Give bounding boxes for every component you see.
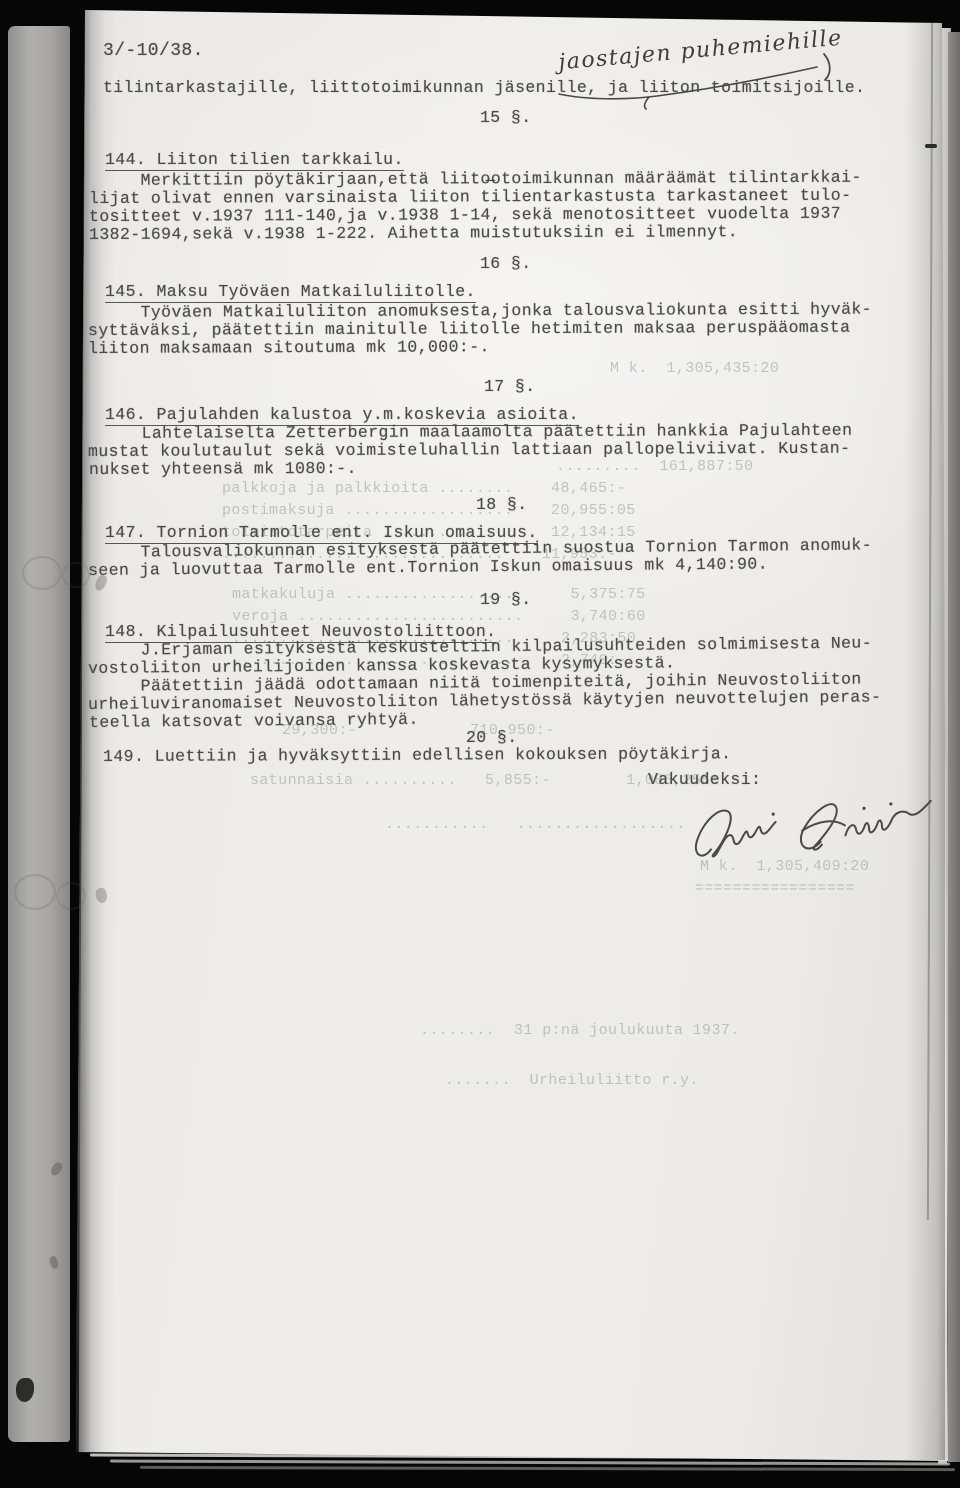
- body-line: 1382-1694,sekä v.1938 1-222. Aihetta mui…: [89, 222, 738, 244]
- heading-text: 145. Maksu Työväen Matkailuliitolle.: [105, 282, 476, 303]
- bleedthrough-text: ........ 31 p:nä joulukuuta 1937.: [420, 1022, 740, 1040]
- paragraph-mark: 15 §.: [480, 108, 532, 127]
- document-page: M k. 1,305,435:20 ......... 161,887:50 p…: [0, 0, 960, 1488]
- margin-tick-mark: [925, 144, 937, 148]
- punch-hole-ghost: [14, 874, 56, 910]
- bleedthrough-text: ......... 161,887:50: [556, 458, 753, 476]
- bleedthrough-text: ....... Urheiluliitto r.y.: [445, 1072, 699, 1090]
- section-heading: 145. Maksu Työväen Matkailuliitolle.: [105, 282, 476, 301]
- paragraph-mark: 20 §.: [466, 728, 518, 747]
- bleedthrough-text: =================: [695, 880, 855, 898]
- page-right-shading: [905, 10, 945, 1460]
- paragraph-mark: 16 §.: [480, 254, 532, 273]
- body-line: 149. Luettiin ja hyväksyttiin edellisen …: [103, 744, 731, 766]
- docket-number: 3/-10/38.: [103, 42, 204, 61]
- page-stack-edge-line: [140, 1466, 955, 1471]
- paragraph-mark: 18 §.: [476, 495, 528, 514]
- body-line: nukset yhteensä mk 1080:-.: [89, 459, 357, 479]
- bleedthrough-text: matkakuluja ................... 5,375:75: [232, 586, 646, 604]
- heading-text: 144. Liiton tilien tarkkailu.: [105, 150, 404, 171]
- bleedthrough-text: ........... ..................: [385, 816, 686, 834]
- paragraph-mark: 17 §.: [484, 377, 536, 396]
- punch-hole-ghost: [62, 562, 90, 588]
- body-line: mustat koulutaulut sekä voimisteluhallin…: [88, 439, 850, 461]
- punch-hole-ghost: [22, 556, 62, 590]
- punch-hole-ghost: [56, 882, 86, 910]
- previous-page-edge: [8, 26, 70, 1442]
- section-heading: 146. Pajulahden kalustoa y.m.koskevia as…: [105, 405, 579, 424]
- attestation-label: Vakuudeksi:: [648, 770, 761, 789]
- signature: [684, 779, 944, 876]
- underlying-pages-edge: [948, 32, 960, 1462]
- paragraph-mark: 19 §.: [480, 590, 532, 609]
- body-line: teella katsovat voivansa ryhtyä.: [89, 710, 419, 732]
- scanned-book-spread: M k. 1,305,435:20 ......... 161,887:50 p…: [0, 0, 960, 1488]
- page-stack-edge-line: [110, 1460, 950, 1466]
- bleedthrough-text: palkkoja ja palkkioita ........ 48,465:-: [222, 480, 626, 498]
- body-line: liiton maksamaan sitoutuma mk 10,000:-.: [88, 337, 490, 358]
- bleedthrough-text: postimaksuja .................. 20,955:0…: [222, 502, 636, 520]
- bleedthrough-text: M k. 1,305,435:20: [610, 360, 779, 378]
- distribution-line: tilintarkastajille, liittotoimikunnan jä…: [103, 78, 865, 97]
- section-heading: 144. Liiton tilien tarkkailu.: [105, 150, 404, 169]
